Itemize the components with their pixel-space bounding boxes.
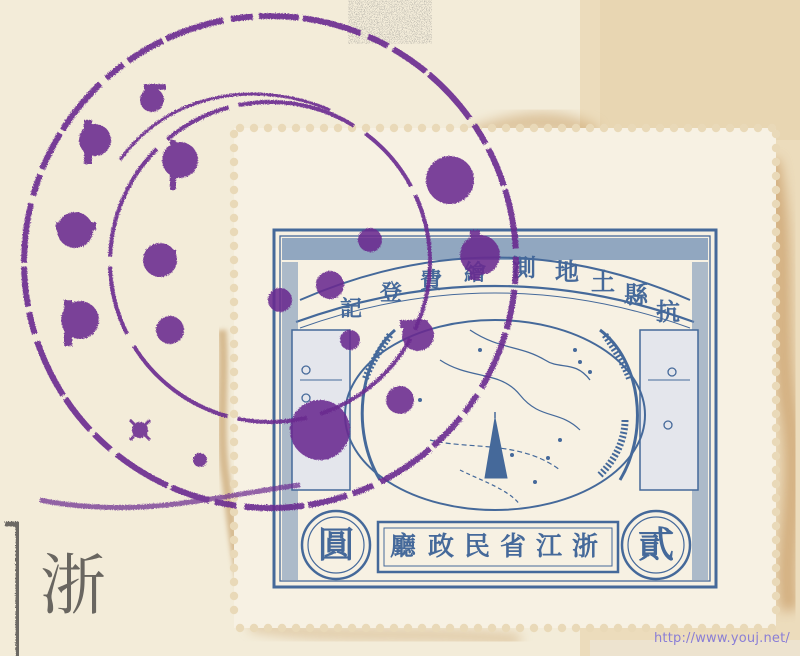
photo-scene: 抗 縣 土 地 測 繪 費 登 記 浙 江 省 民 政 廳 圓 貳: [0, 0, 800, 656]
watermark-url: http://www.youj.net/: [654, 631, 790, 646]
handwritten-char: 浙: [40, 532, 106, 627]
handwritten-bracket: [0, 0, 800, 656]
